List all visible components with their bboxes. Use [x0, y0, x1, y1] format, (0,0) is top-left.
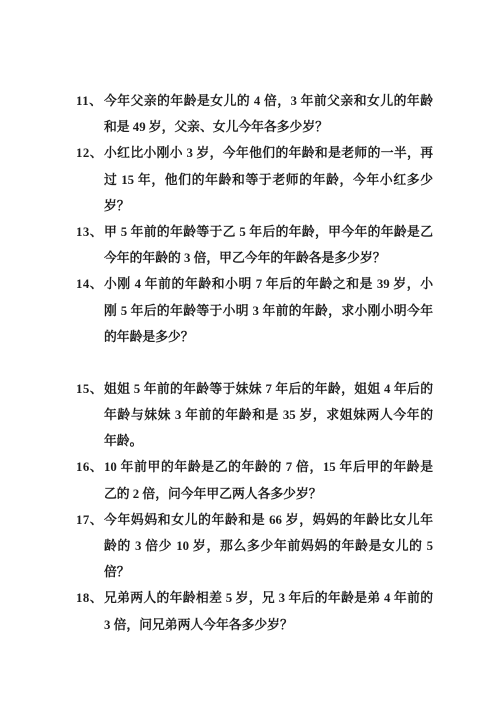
problem-item-17: 17、 今年妈妈和女儿的年龄和是 66 岁，妈妈的年龄比女儿年 龄的 3 倍少 … — [76, 507, 433, 586]
problem-item-14: 14、 小刚 4 年前的年龄和小明 7 年后的年龄之和是 39 岁，小 刚 5 … — [76, 271, 433, 350]
problem-text: 姐姐 5 年前的年龄等于妹妹 7 年后的年龄，姐姐 4 年后的 年龄与妹妹 3 … — [104, 376, 433, 455]
problem-text: 甲 5 年前的年龄等于乙 5 年后的年龄，甲今年的年龄是乙 今年的年龄的 3 倍… — [104, 219, 433, 271]
problem-line: 刚 5 年后的年龄等于小明 3 年前的年龄，求小刚小明今年 — [104, 298, 433, 324]
problem-number: 18、 — [76, 585, 104, 611]
problem-line: 年龄与妹妹 3 年前的年龄和是 35 岁，求姐妹两人今年的 — [104, 402, 433, 428]
problem-item-16: 16、 10 年前甲的年龄是乙的年龄的 7 倍，15 年后甲的年龄是 乙的 2 … — [76, 454, 433, 506]
problem-line: 的年龄是多少？ — [104, 324, 433, 350]
problem-text: 10 年前甲的年龄是乙的年龄的 7 倍，15 年后甲的年龄是 乙的 2 倍，问今… — [104, 454, 433, 506]
problem-line: 小红比小刚小 3 岁，今年他们的年龄和是老师的一半，再 — [104, 140, 433, 166]
problem-text: 今年妈妈和女儿的年龄和是 66 岁，妈妈的年龄比女儿年 龄的 3 倍少 10 岁… — [104, 507, 433, 586]
problem-number: 14、 — [76, 271, 104, 297]
problem-line: 乙的 2 倍，问今年甲乙两人各多少岁？ — [104, 481, 433, 507]
problem-line: 兄弟两人的年龄相差 5 岁，兄 3 年后的年龄是弟 4 年前的 — [104, 585, 433, 611]
problem-line: 10 年前甲的年龄是乙的年龄的 7 倍，15 年后甲的年龄是 — [104, 454, 433, 480]
problem-line: 过 15 年，他们的年龄和等于老师的年龄，今年小红多少 — [104, 167, 433, 193]
problem-line: 今年父亲的年龄是女儿的 4 倍，3 年前父亲和女儿的年龄 — [104, 88, 433, 114]
problem-line: 岁？ — [104, 193, 433, 219]
problems-list: 11、 今年父亲的年龄是女儿的 4 倍，3 年前父亲和女儿的年龄 和是 49 岁… — [76, 88, 433, 638]
problem-item-11: 11、 今年父亲的年龄是女儿的 4 倍，3 年前父亲和女儿的年龄 和是 49 岁… — [76, 88, 433, 140]
problem-line: 今年的年龄的 3 倍，甲乙今年的年龄各是多少岁？ — [104, 245, 433, 271]
problem-line: 和是 49 岁，父亲、女儿今年各多少岁？ — [104, 114, 433, 140]
problem-item-18: 18、 兄弟两人的年龄相差 5 岁，兄 3 年后的年龄是弟 4 年前的 3 倍，… — [76, 585, 433, 637]
problem-text: 今年父亲的年龄是女儿的 4 倍，3 年前父亲和女儿的年龄 和是 49 岁，父亲、… — [104, 88, 433, 140]
problem-line: 小刚 4 年前的年龄和小明 7 年后的年龄之和是 39 岁，小 — [104, 271, 433, 297]
problem-line: 3 倍，问兄弟两人今年各多少岁？ — [104, 612, 433, 638]
problem-item-12: 12、 小红比小刚小 3 岁，今年他们的年龄和是老师的一半，再 过 15 年，他… — [76, 140, 433, 219]
problem-line: 倍？ — [104, 559, 433, 585]
problem-line: 甲 5 年前的年龄等于乙 5 年后的年龄，甲今年的年龄是乙 — [104, 219, 433, 245]
problem-line: 今年妈妈和女儿的年龄和是 66 岁，妈妈的年龄比女儿年 — [104, 507, 433, 533]
problem-number: 16、 — [76, 454, 104, 480]
problem-text: 小刚 4 年前的年龄和小明 7 年后的年龄之和是 39 岁，小 刚 5 年后的年… — [104, 271, 433, 350]
problem-text: 小红比小刚小 3 岁，今年他们的年龄和是老师的一半，再 过 15 年，他们的年龄… — [104, 140, 433, 219]
problem-number: 17、 — [76, 507, 104, 533]
problem-number: 15、 — [76, 376, 104, 402]
document-page: 11、 今年父亲的年龄是女儿的 4 倍，3 年前父亲和女儿的年龄 和是 49 岁… — [0, 0, 500, 708]
problem-number: 11、 — [76, 88, 104, 114]
problem-line: 姐姐 5 年前的年龄等于妹妹 7 年后的年龄，姐姐 4 年后的 — [104, 376, 433, 402]
problem-line: 龄的 3 倍少 10 岁，那么多少年前妈妈的年龄是女儿的 5 — [104, 533, 433, 559]
problem-number: 13、 — [76, 219, 104, 245]
problem-line: 年龄。 — [104, 428, 433, 454]
problem-item-15: 15、 姐姐 5 年前的年龄等于妹妹 7 年后的年龄，姐姐 4 年后的 年龄与妹… — [76, 376, 433, 455]
problem-item-13: 13、 甲 5 年前的年龄等于乙 5 年后的年龄，甲今年的年龄是乙 今年的年龄的… — [76, 219, 433, 271]
problem-number: 12、 — [76, 140, 104, 166]
problem-text: 兄弟两人的年龄相差 5 岁，兄 3 年后的年龄是弟 4 年前的 3 倍，问兄弟两… — [104, 585, 433, 637]
